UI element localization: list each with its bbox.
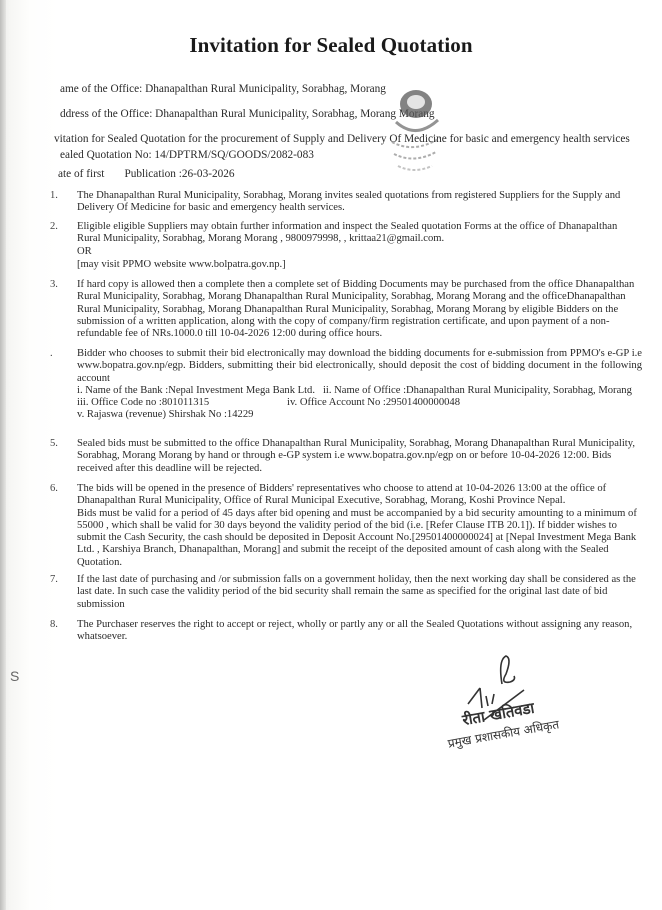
clause-text: Bidder who chooses to submit their bid e… — [77, 348, 642, 385]
clause-number: 8. — [50, 619, 70, 631]
publication-date: Publication :26-03-2026 — [124, 168, 234, 180]
office-code: iii. Office Code no :801011315 — [77, 397, 287, 409]
clause-number: . — [50, 348, 70, 360]
bank-office-name: ii. Name of Office :Dhanapalthan Rural M… — [323, 385, 632, 396]
office-code-row: iii. Office Code no :801011315 iv. Offic… — [77, 397, 642, 409]
clause-8: 8. The Purchaser reserves the right to a… — [50, 619, 642, 644]
clause-number: 1. — [50, 190, 70, 202]
page-edge-shadow — [0, 0, 6, 910]
official-stamp-icon — [378, 82, 448, 177]
publication-label: ate of first — [58, 168, 104, 180]
revenue-heading: v. Rajaswa (revenue) Shirshak No :14229 — [77, 409, 642, 421]
invitation-line: vitation for Sealed Quotation for the pr… — [54, 133, 630, 145]
bank-details: i. Name of the Bank :Nepal Investment Me… — [77, 385, 642, 397]
clause-4: . Bidder who chooses to submit their bid… — [50, 348, 642, 422]
clause-number: 6. — [50, 483, 70, 495]
page-title: Invitation for Sealed Quotation — [0, 33, 662, 58]
clause-text: Sealed bids must be submitted to the off… — [77, 438, 642, 475]
clause-7: 7. If the last date of purchasing and /o… — [50, 574, 642, 611]
clause-number: 2. — [50, 221, 70, 233]
clause-text: Eligible eligible Suppliers may obtain f… — [77, 221, 642, 246]
office-name: ame of the Office: Dhanapalthan Rural Mu… — [60, 83, 386, 95]
publication-date-line: ate of firstPublication :26-03-2026 — [58, 168, 235, 180]
clause-text: If the last date of purchasing and /or s… — [77, 574, 642, 611]
office-account-no: iv. Office Account No :29501400000048 — [287, 397, 460, 409]
clause-5: 5. Sealed bids must be submitted to the … — [50, 438, 642, 475]
clause-number: 5. — [50, 438, 70, 450]
clause-text: The Dhanapalthan Rural Municipality, Sor… — [77, 190, 642, 215]
clause-6: 6. The bids will be opened in the presen… — [50, 483, 642, 569]
clause-website: [may visit PPMO website www.bolpatra.gov… — [77, 259, 642, 271]
clause-or: OR — [77, 246, 642, 258]
clause-3: 3. If hard copy is allowed then a comple… — [50, 279, 642, 340]
clause-number: 7. — [50, 574, 70, 586]
margin-mark: S — [10, 668, 19, 684]
clause-number: 3. — [50, 279, 70, 291]
clause-text: The bids will be opened in the presence … — [77, 483, 642, 508]
scanned-page: Invitation for Sealed Quotation ame of t… — [0, 0, 662, 910]
clause-text: If hard copy is allowed then a complete … — [77, 279, 642, 340]
quotation-number: ealed Quotation No: 14/DPTRM/SQ/GOODS/20… — [60, 149, 314, 161]
clause-1: 1. The Dhanapalthan Rural Municipality, … — [50, 190, 642, 215]
bank-name: i. Name of the Bank :Nepal Investment Me… — [77, 385, 315, 396]
clause-text-bid-validity: Bids must be valid for a period of 45 da… — [77, 508, 642, 569]
clause-2: 2. Eligible eligible Suppliers may obtai… — [50, 221, 642, 271]
clause-text: The Purchaser reserves the right to acce… — [77, 619, 642, 644]
